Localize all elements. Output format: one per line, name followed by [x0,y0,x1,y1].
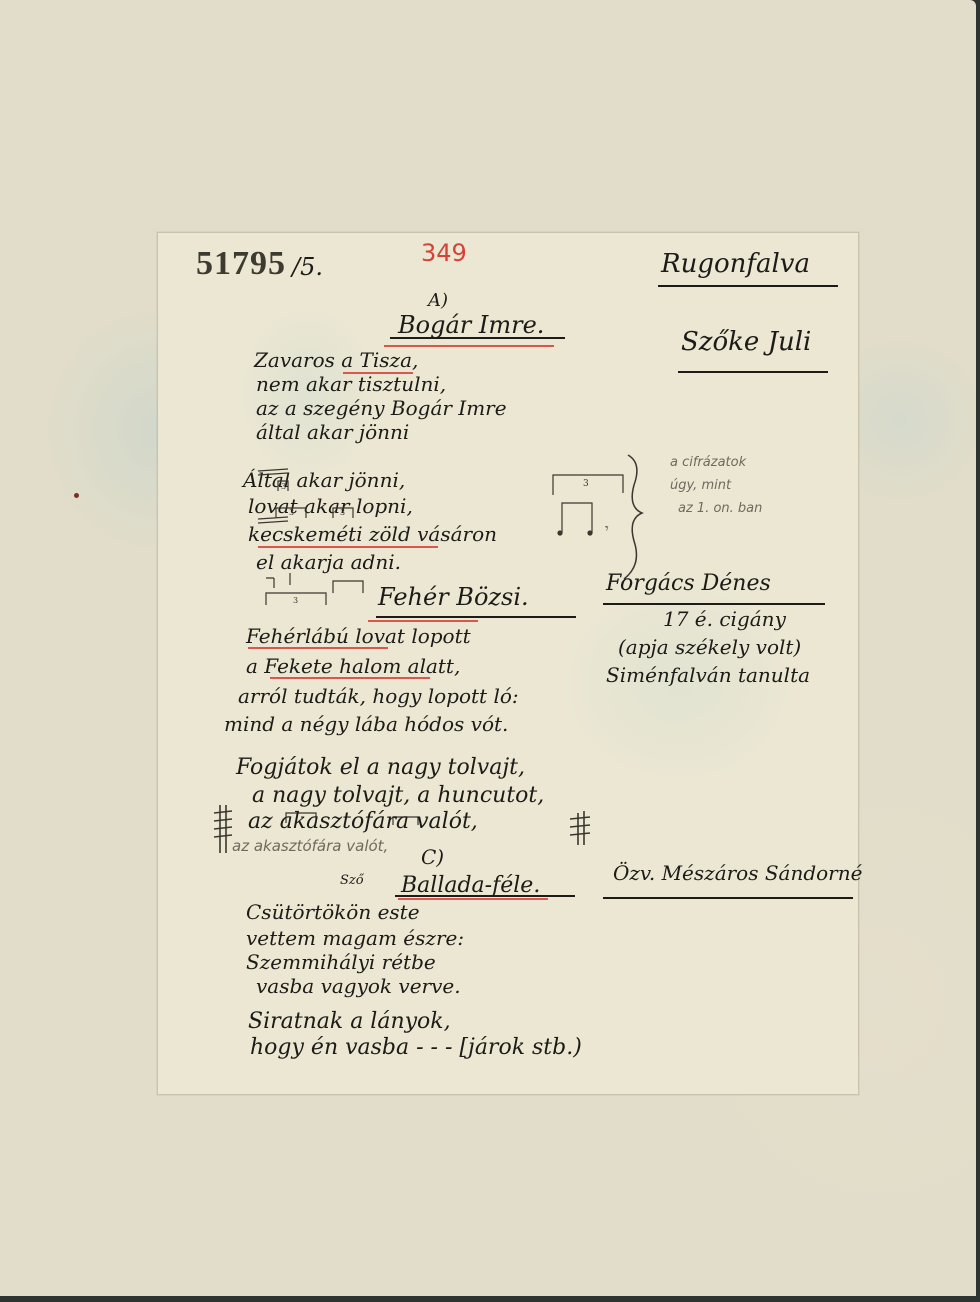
manuscript-card: 51795 /5. 349 Rugonfalva Szőke Juli A) B… [157,232,859,1095]
svg-text:3: 3 [293,596,298,605]
margin-note-line-3: az 1. on. ban [678,501,762,516]
informant-2-name: Forgács Dénes [606,571,771,596]
svg-text:3: 3 [340,508,345,517]
informant-2-note: (apja székely volt) [618,635,801,659]
informant-3-underline [603,897,853,899]
song-b-line-2: a Fekete halom alatt, [246,655,460,677]
song-c-line-6: hogy én vasba - - - [járok stb.) [250,1037,582,1059]
song-b-pencil-correction: az akasztófára valót, [232,837,388,855]
song-b-line-1: Fehérlábú lovat lopott [246,625,471,647]
song-c-title-red-underline [398,898,548,900]
svg-text:3: 3 [289,508,294,517]
informant-2-age: 17 é. cigány [663,607,786,631]
svg-text:3: 3 [281,482,286,491]
informant-2-underline [603,603,825,605]
song-b-title: Fehér Bözsi. [378,583,529,611]
song-c-label: C) [421,845,444,869]
feherlabu-red-underline [248,647,388,649]
song-c-line-1: Csütörtökön este [246,901,420,923]
margin-note-line-2: úgy, mint [670,478,731,493]
song-c-line-3: Szemmihályi rétbe [246,951,436,973]
song-b-line-4: mind a négy lába hódos vót. [224,713,508,735]
ink-spot [74,493,79,498]
song-c-line-2: vettem magam észre: [246,927,464,949]
song-c-line-4: vasba vagyok verve. [256,975,461,997]
margin-note-line-1: a cifrázatok [670,455,746,470]
song-b-title-underline [376,616,576,618]
song-b-line-3: arról tudták, hogy lopott ló: [238,685,519,707]
song-b-line-6: a nagy tolvajt, a huncutot, [252,785,544,807]
informant-2-origin: Siménfalván tanulta [606,663,810,687]
song-b-line-7: az akasztófára valót, [248,811,478,833]
svg-text:𝄾: 𝄾 [605,521,609,537]
svg-text:3: 3 [583,479,589,489]
informant-3: Özv. Mészáros Sándorné [613,861,862,885]
song-b-title-red-underline [368,620,478,622]
song-c-line-5: Siratnak a lányok, [248,1011,451,1033]
song-c-title-underline [395,895,575,897]
song-b-line-5: Fogjátok el a nagy tolvajt, [236,757,525,779]
fekete-halom-red-underline [270,677,430,679]
song-c-title-note: Sző [340,873,364,888]
